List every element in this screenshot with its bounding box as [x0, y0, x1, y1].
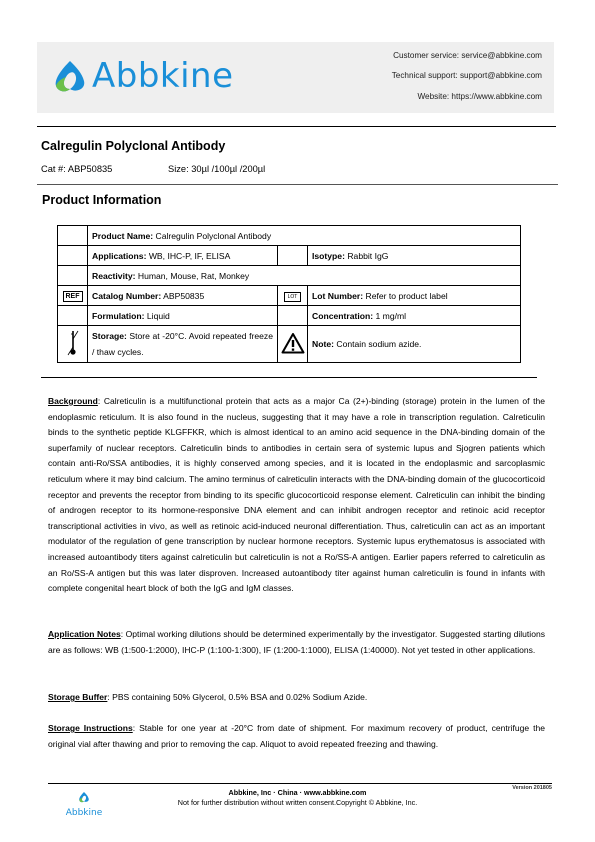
divider [41, 377, 537, 378]
brand-logo: Abbkine [52, 56, 234, 96]
abbkine-drop-icon [52, 59, 88, 93]
footer-divider [48, 783, 552, 784]
technical-support-contact[interactable]: Technical support: support@abbkine.com [392, 71, 542, 80]
warning-icon [281, 346, 305, 356]
lot-number-cell: Lot Number: Refer to product label [308, 286, 521, 306]
concentration-cell: Concentration: 1 mg/ml [308, 306, 521, 326]
catalog-number: Cat #: ABP50835 [41, 164, 112, 174]
ref-icon: REF [63, 291, 83, 302]
section-title: Product Information [42, 193, 161, 207]
product-name-cell: Product Name: Calregulin Polyclonal Anti… [88, 226, 521, 246]
product-title: Calregulin Polyclonal Antibody [41, 139, 225, 153]
reactivity-cell: Reactivity: Human, Mouse, Rat, Monkey [88, 266, 521, 286]
applications-cell: Applications: WB, IHC-P, IF, ELISA [88, 246, 278, 266]
application-notes-section: Application Notes: Optimal working dilut… [48, 627, 545, 658]
table-row: Storage: Store at -20°C. Avoid repeated … [58, 326, 521, 363]
formulation-cell: Formulation: Liquid [88, 306, 278, 326]
isotype-cell: Isotype: Rabbit IgG [308, 246, 521, 266]
storage-instructions-section: Storage Instructions: Stable for one yea… [48, 721, 545, 752]
background-section: Background: Calreticulin is a multifunct… [48, 394, 545, 597]
product-size: Size: 30µl /100µl /200µl [168, 164, 265, 174]
table-row: Reactivity: Human, Mouse, Rat, Monkey [58, 266, 521, 286]
storage-buffer-section: Storage Buffer: PBS containing 50% Glyce… [48, 690, 545, 706]
brand-name: Abbkine [92, 56, 234, 96]
website-contact[interactable]: Website: https://www.abbkine.com [417, 92, 542, 101]
table-row: Formulation: Liquid Concentration: 1 mg/… [58, 306, 521, 326]
divider [37, 126, 556, 127]
catalog-number-cell: Catalog Number: ABP50835 [88, 286, 278, 306]
footer-brand-name: Abbkine [64, 808, 104, 818]
note-cell: Note: Contain sodium azide. [308, 326, 521, 363]
table-row: REF Catalog Number: ABP50835 LOT Lot Num… [58, 286, 521, 306]
abbkine-drop-icon [78, 790, 90, 807]
lot-icon: LOT [284, 292, 302, 302]
divider [37, 184, 558, 185]
table-row: Product Name: Calregulin Polyclonal Anti… [58, 226, 521, 246]
product-info-table: Product Name: Calregulin Polyclonal Anti… [57, 225, 521, 363]
footer-logo: Abbkine [64, 790, 104, 818]
customer-service-contact[interactable]: Customer service: service@abbkine.com [393, 51, 542, 60]
table-row: Applications: WB, IHC-P, IF, ELISA Isoty… [58, 246, 521, 266]
thermometer-icon [66, 349, 80, 359]
storage-cell: Storage: Store at -20°C. Avoid repeated … [88, 326, 278, 363]
